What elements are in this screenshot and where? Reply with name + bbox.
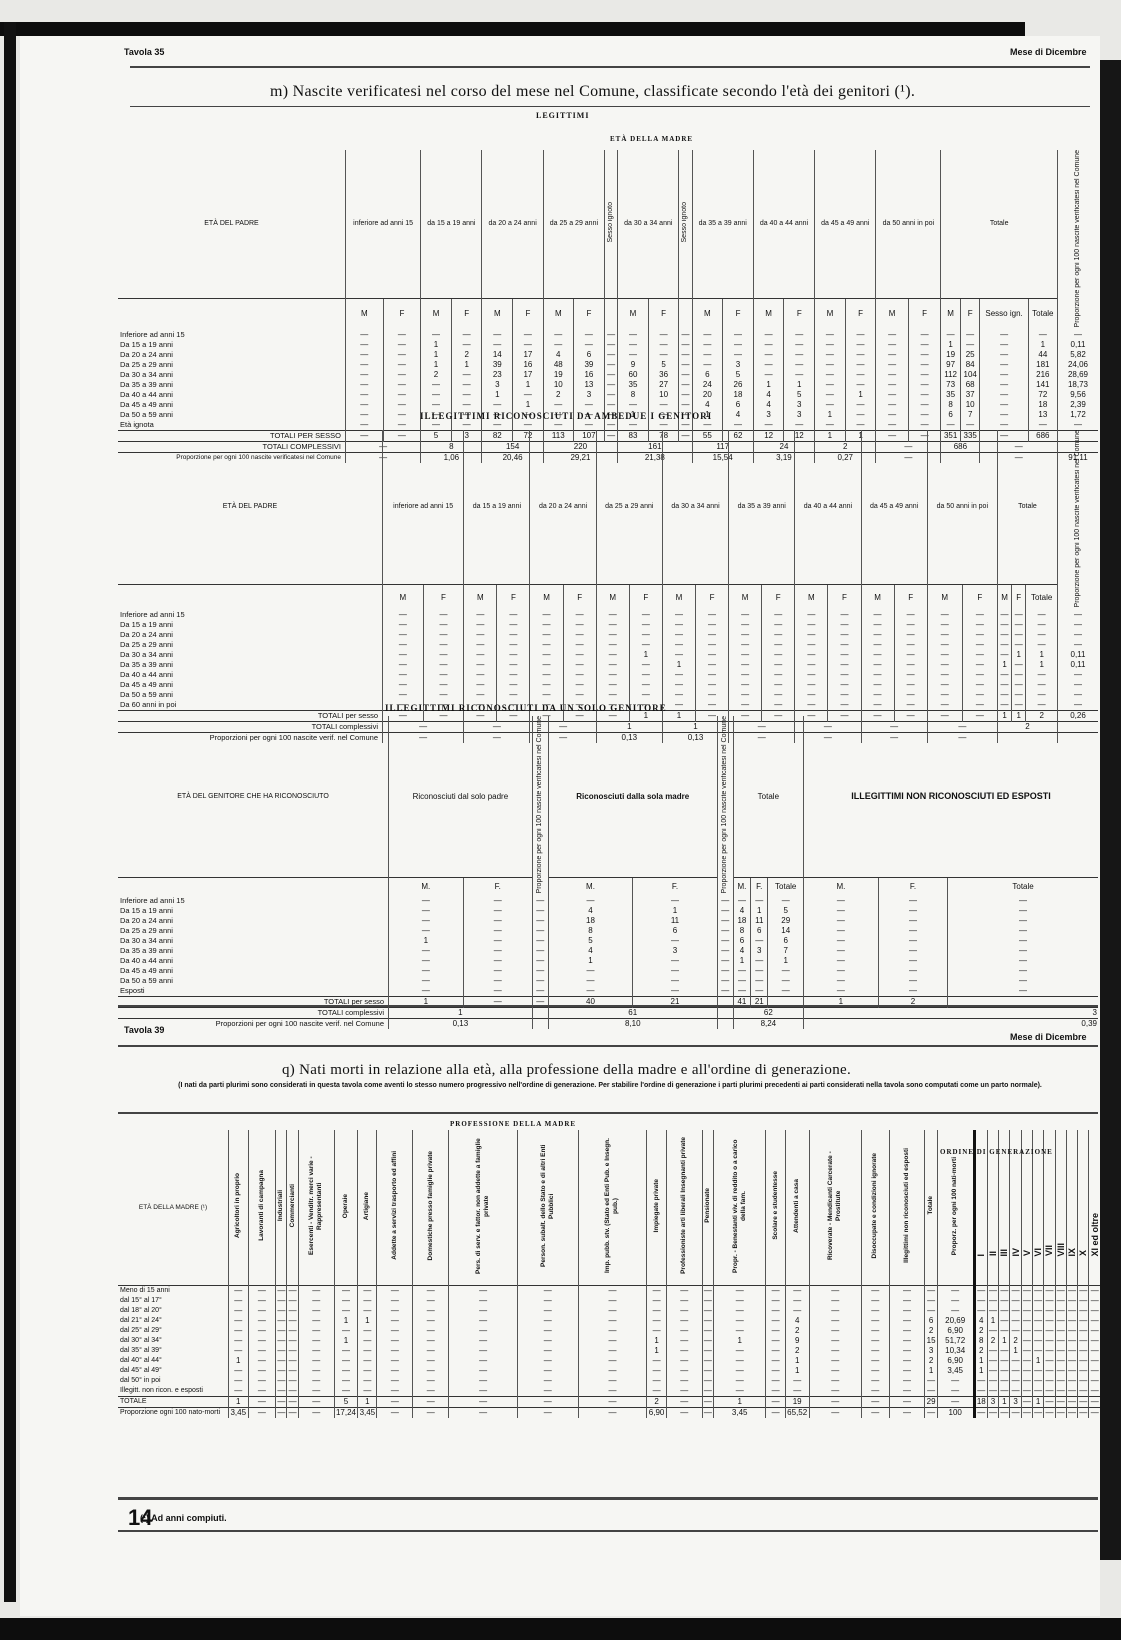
month-label: Mese di Dicembre [1010,47,1087,57]
table-row: Da 25 a 29 anni—————————————————————— [118,640,1098,650]
profession-col-header: Commercianti [287,1130,298,1285]
divider [118,1005,1098,1007]
col-header: da 30 a 34 anni [618,150,679,298]
col-header: da 50 anni in poi [876,150,941,298]
order-col-header: VIII [1055,1130,1066,1285]
col-header: da 35 a 39 anni [692,150,753,298]
table-row: Da 30 a 34 anni———————1———————————110,11 [118,650,1098,660]
table-row: Da 50 a 59 anni———————————— [118,976,1098,986]
order-col-header: IX [1066,1130,1077,1285]
profession-col-header: Ricoverate - Mendicanti Carcerate - Pros… [809,1130,861,1285]
father-age-heading: ETÀ DEL PADRE [118,430,383,584]
section-title: q) Nati morti in relazione alla età, all… [282,1062,851,1079]
col-header: Sesso ignoto [681,202,689,242]
table-row: Da 45 a 49 anni———————————— [118,966,1098,976]
table-row: Da 40 a 44 anni—————————————————————— [118,670,1098,680]
table-row: dal 45° al 49°—————————————————1———13,45… [118,1366,1100,1376]
profession-col-header: Lavoranti di campagna [248,1130,276,1285]
profession-col-header: Professioniste arti liberali Insegnanti … [666,1130,702,1285]
table-row: Meno di 15 anni—————————————————————————… [118,1285,1100,1296]
profession-col-header: Pers. di serv. e fattor. non addette a f… [449,1130,518,1285]
col-header: da 25 a 29 anni [543,150,604,298]
nati-morti-table: ETÀ DELLA MADRE (¹) Agricoltori in propr… [118,1130,1100,1418]
table-row: Da 20 a 24 anni——12141746————————————192… [118,350,1098,360]
scan-border-left [4,22,16,1602]
table-row: Inferiore ad anni 15————————————————————… [118,330,1098,340]
legittimi-heading: LEGITTIMI [536,111,589,120]
profession-col-header: Operaie [334,1130,358,1285]
table-row: Esposti———————————— [118,986,1098,997]
table-row: Da 15 a 19 anni———41—415——— [118,906,1098,916]
profession-col-header: Addette a servizi trasporto ed affini [377,1130,413,1285]
table-row: TOTALE1————51—————2——1—19———29—18313—1——… [118,1396,1100,1407]
profession-col-header: Scolare e studentesse [766,1130,786,1285]
table-label: Tavola 35 [124,47,164,57]
table-row: Inferiore ad anni 15———————————— [118,896,1098,906]
section-title: m) Nascite verificatesi nel corso del me… [270,83,915,101]
table-row: dal 18° al 20°——————————————————————————… [118,1306,1100,1316]
profession-heading: PROFESSIONE DELLA MADRE [450,1120,576,1128]
col-header: da 20 a 24 anni [482,150,543,298]
profession-col-header: Attendenti a casa [785,1130,809,1285]
table-row: dal 40° al 44°1————————————————1———26,90… [118,1356,1100,1366]
table-row: Da 30 a 34 anni——2—23171916—6036—65—————… [118,370,1098,380]
profession-col-header: Domestiche presso famiglie private [413,1130,449,1285]
table-row: Da 15 a 19 anni—————————————————————— [118,620,1098,630]
illegittimi-ambedue-heading: ILLEGITTIMI RICONOSCIUTI DA AMBEDUE I GE… [420,411,712,421]
age-heading: ETÀ DELLA MADRE (¹) [118,1130,229,1285]
profession-col-header: Impiegate private [647,1130,667,1285]
col-header: inferiore ad anni 15 [346,150,421,298]
col-header: da 45 a 49 anni [815,150,876,298]
illegittimi-solo-table: ETÀ DEL GENITORE CHE HA RICONOSCIUTO Ric… [118,716,1098,1029]
divider [130,66,1090,68]
totals-overall-row: TOTALI complessivi 1 61 62 3 [118,1008,1098,1019]
divider [118,1045,1098,1047]
table-row: Da 20 a 24 anni———1811—181129——— [118,916,1098,926]
page-number: 14 [128,1505,152,1531]
divider [118,1112,1098,1114]
table-row: Da 45 a 49 anni—————1——————4643————810—1… [118,400,1098,410]
profession-col-header: Imp. pubb. stv. (Stato ed Enti Pub. e In… [578,1130,647,1285]
profession-col-header: Artigiane [358,1130,377,1285]
table-row: Da 35 a 39 anni———43—437——— [118,946,1098,956]
table-label: Tavola 39 [124,1025,164,1035]
table-row: Da 35 a 39 anni————311013—3527—242611———… [118,380,1098,390]
scan-border-top [0,22,1025,36]
table-row: dal 50° in poi——————————————————————————… [118,1376,1100,1386]
table-row: dal 15° al 17°——————————————————————————… [118,1296,1100,1306]
table-row: Da 20 a 24 anni—————————————————————— [118,630,1098,640]
order-heading: ORDINE DI GENERAZIONE [940,1148,1053,1156]
divider [130,106,1090,107]
col-header: Proporzione per ogni 100 nascite verific… [1074,150,1082,327]
col-header: da 40 a 44 anni [753,150,814,298]
scan-border-right [1098,60,1121,1560]
profession-col-header: Industriali [276,1130,287,1285]
table-row: Inferiore ad anni 15————————————————————… [118,610,1098,620]
proportion-row: Proporzioni per ogni 100 nascite verif. … [118,1019,1098,1030]
father-age-heading: ETÀ DEL PADRE [118,150,346,298]
table-row: Da 30 a 34 anni1——5——6—6——— [118,936,1098,946]
profession-col-header: Esercenti - Venditr. merci varie - Rappr… [298,1130,334,1285]
illegittimi-solo-heading: ILLEGITTIMI RICONOSCIUTI DA UN SOLO GENI… [385,703,667,713]
scan-border-bottom [0,1618,1121,1640]
month-label: Mese di Dicembre [1010,1032,1087,1042]
table-row: Da 15 a 19 anni——1—————————————————1——10… [118,340,1098,350]
table-row: Da 50 a 59 anni—————————————————————— [118,690,1098,700]
profession-col-header: Person. subalt. dello Stato e di altri E… [518,1130,579,1285]
col-header: da 15 a 19 anni [421,150,482,298]
table-row: Da 35 a 39 anni————————1—————————1—10,11 [118,660,1098,670]
table-row: Da 40 a 44 anni———1——1—1——— [118,956,1098,966]
table-row: dal 21° al 24°—————11——————————4———620,6… [118,1316,1100,1326]
table-row: dal 25° al 29°—————————————————2———26,90… [118,1326,1100,1336]
section-subtitle: (I nati da parti plurimi sono considerat… [130,1082,1090,1089]
col-header: Sesso ignoto [607,202,615,242]
profession-col-header: Agricoltori in proprio [229,1130,249,1285]
profession-col-header: Pensionate [702,1130,713,1285]
table-row: Da 25 a 29 anni——1139164839—95——3——————9… [118,360,1098,370]
order-col-header: X [1078,1130,1089,1285]
profession-col-header: Totale [925,1130,937,1285]
col-header: Totale [941,150,1058,298]
divider [118,1530,1098,1532]
profession-col-header: Disoccupate e condizioni ignorate [861,1130,889,1285]
profession-col-header: Illegittimi non riconosciuti ed esposti [889,1130,925,1285]
divider [118,1497,1098,1500]
illegittimi-ambedue-table: ETÀ DEL PADRE inferiore ad anni 15 da 15… [118,430,1098,743]
table-row: dal 35° al 39°————————————1————2———310,3… [118,1346,1100,1356]
table-row: Da 25 a 29 anni———86—8614——— [118,926,1098,936]
mother-age-heading: ETÀ DELLA MADRE [610,135,693,143]
profession-col-header: Propr. - Benestanti viv. di reddito o a … [714,1130,766,1285]
table-row: Illegitt. non ricon. e esposti——————————… [118,1386,1100,1397]
table-row: Da 45 a 49 anni—————————————————————— [118,680,1098,690]
table-row: Da 40 a 44 anni————1—23—810—201845—1——35… [118,390,1098,400]
footnote: (¹) Ad anni compiuti. [140,1513,227,1523]
table-row: dal 30° al 34°—————1——————1——1—9———1551,… [118,1336,1100,1346]
table-row: Proporzione ogni 100 nato-morti3,45————1… [118,1407,1100,1418]
order-col-header: XI ed oltre [1089,1130,1100,1285]
